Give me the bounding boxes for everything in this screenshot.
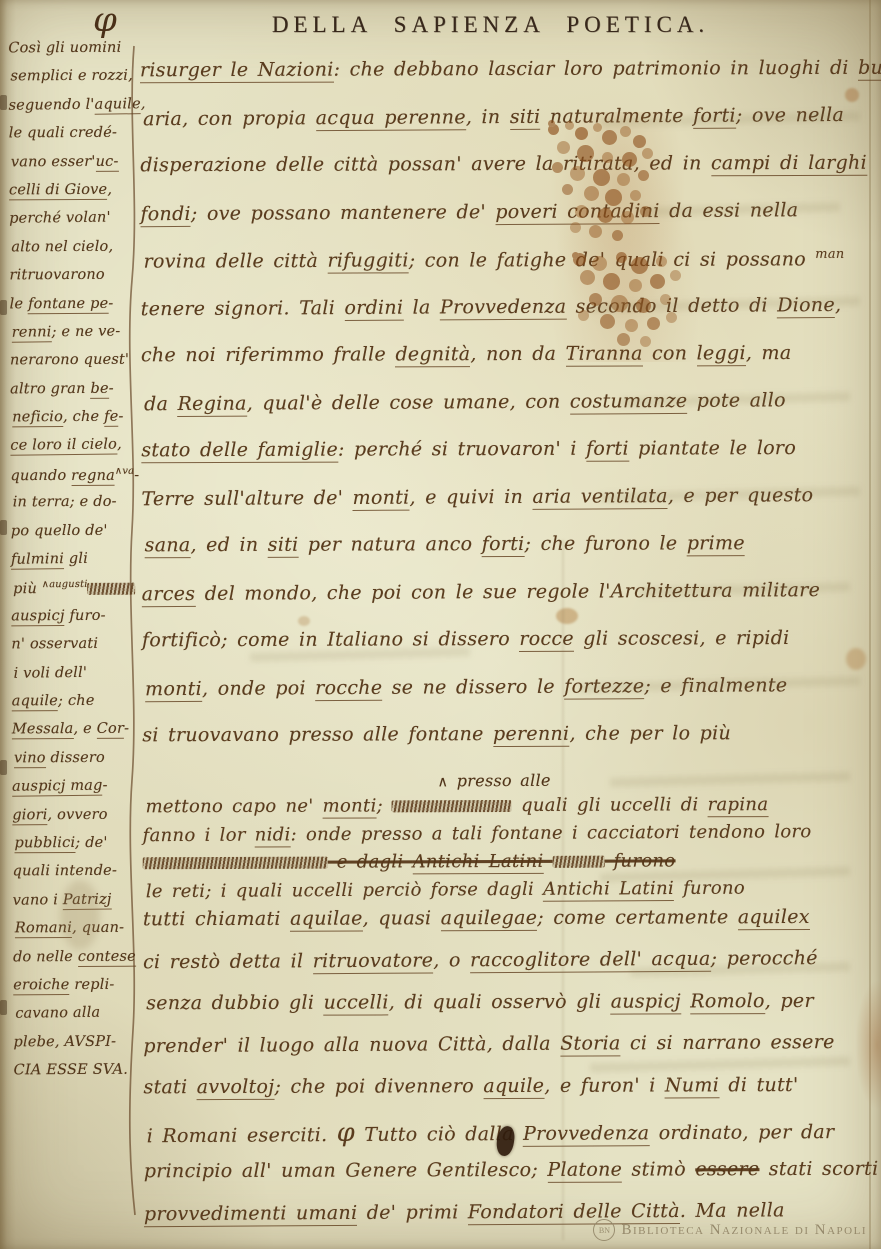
manuscript-text-line: tutti chiamati aquilae, quasi aquilegae;… [143,905,873,950]
margin-note-line: giori, ovvero [12,806,136,835]
margin-note-line: renni; e ne ve- [12,323,134,353]
margin-note-line: eroiche repli- [13,977,137,1006]
manuscript-text-line: sana, ed in siti per natura anco forti; … [145,532,872,582]
margin-note-line: auspicj furo- [11,607,135,636]
library-logo-icon: BN [593,1219,615,1241]
foxing-spot [60,880,100,950]
margin-note-line: ce loro il cielo, [10,437,134,467]
margin-note-line: plebe, AVSPI- [13,1033,137,1062]
manuscript-text-line: disperazione delle città possan' avere l… [140,152,870,202]
binding-stitch [0,300,7,315]
paper-crease [562,540,564,1240]
margin-note-line: Così gli uomini [8,40,132,69]
margin-note-line: nerarono quest' [10,352,134,381]
manuscript-text-line: che noi riferimmo fralle degnità, non da… [141,342,871,392]
binding-stitch [0,520,7,535]
margin-note-line: celli di Giove, [9,182,133,211]
margin-note-line: alto nel cielo, [11,238,133,267]
margin-note-line: altro gran be- [10,380,134,409]
margin-note-line: CIA ESSE SVA. [14,1062,138,1091]
margin-note-line: vano esser'uc- [11,153,133,182]
manuscript-text-line: le reti; i quali uccelli perciò forse da… [146,876,873,908]
margin-note-line: ritruovarono [9,267,133,296]
foxing-spot [556,608,578,624]
manuscript-text-line: rovina delle città rifuggiti; con le fat… [144,247,871,297]
margin-note-line: do nelle contese [13,948,137,977]
margin-note-line: in terra; e do- [13,494,135,523]
manuscript-text-line: stati avvoltoj; che poi divennero aquile… [143,1073,873,1118]
manuscript-text-line: si truovavano presso alle fontane perenn… [142,722,872,772]
manuscript-text-line: senza dubbio gli uccelli, di quali osser… [146,989,873,1034]
margin-note-line: semplici e rozzi, [10,68,132,97]
library-monogram: BN [599,1226,610,1235]
margin-note-line: cavano alla [15,1005,137,1035]
ink-stain-haze [538,112,698,362]
manuscript-text-line: fanno i lor nidi: onde presso a tali fon… [143,820,873,852]
margin-note-line: perché volan' [9,210,133,240]
margin-note-line: fulmini gli [11,550,135,580]
margin-note-line: i voli dell' [13,664,135,694]
binding-stitch [0,760,7,775]
margin-note-line: n' osservati [11,636,135,665]
binding-stitch [0,1000,7,1015]
manuscript-text-line: principio all' uman Genere Gentilesco; P… [144,1157,874,1202]
manuscript-page: φ DELLA SAPIENZA POETICA. Così gli uomin… [0,0,881,1249]
margin-note-line: seguendo l'aquile, [8,96,132,126]
margin-note-line: le fontane pe- [10,295,134,324]
foxing-spot [845,88,859,102]
ink-stain [548,120,555,127]
margin-note-line: più ∧augusti [13,579,135,608]
margin-note-line: neficio, che fe- [12,409,134,438]
margin-note-line: quando regna∧va- [10,466,134,495]
margin-note-line: le quali credé- [9,125,133,154]
margin-note-line: auspicj mag- [12,777,136,807]
manuscript-text-line: risurger le Nazioni: che debbano lasciar… [140,57,870,107]
margin-note-line: Messala, e Cor- [12,721,136,750]
binding-stitch [0,95,7,110]
library-watermark: BN Biblioteca Nazionale di Napoli [593,1219,867,1241]
manuscript-text-line: stato delle famiglie: perché si truovaro… [141,437,871,487]
foxing-spot [298,616,310,626]
margin-note-line: po quello de' [11,522,135,551]
edge-stain [855,980,881,1110]
library-watermark-label: Biblioteca Nazionale di Napoli [621,1222,867,1239]
margin-note-line: aquile; che [12,693,136,722]
foxing-spot [846,648,866,670]
margin-note-line: pubblici; de' [14,835,136,864]
manuscript-text-line: mettono capo ne' monti; quali gli uccell… [146,793,873,824]
manuscript-text-line: aria, con propia acqua perenne, in siti … [143,103,870,155]
margin-note-line: vino dissero [14,749,136,778]
manuscript-text-line: prender' il luogo alla nuova Città, dall… [143,1030,873,1076]
ink-stain [572,252,579,259]
page-title: DELLA SAPIENZA POETICA. [0,12,881,38]
manuscript-text-line: fortificò; come in Italiano si dissero r… [142,627,872,677]
